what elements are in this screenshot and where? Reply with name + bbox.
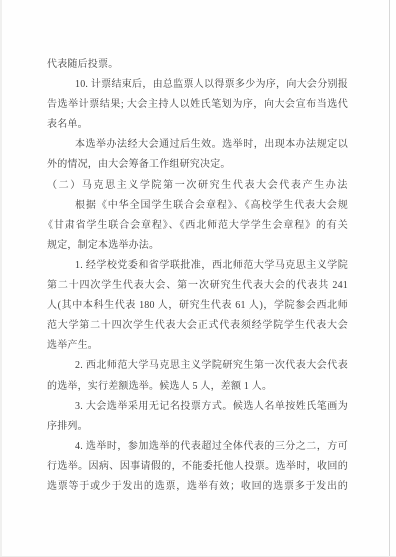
- text-line: 外的情况，由大会筹备工作组研究决定。: [47, 155, 348, 175]
- text-line: 4. 选举时，参加选举的代表超过全体代表的三分之二，方可进: [47, 437, 348, 457]
- text-line: 选票等于或少于发出的选票，选举有效；收回的选票多于发出的: [47, 477, 348, 497]
- text-line: 行选举。因病、因事请假的，不能委托他人投票。选举时，收回的: [47, 457, 348, 477]
- text-line: 《甘肃省学生联合会章程》、《西北师范大学学生会章程》的有关: [43, 216, 348, 236]
- text-line: 根据《中华全国学生联合会章程》、《高校学生代表大会规则》、: [47, 196, 348, 216]
- text-line: 10. 计票结束后，由总监票人以得票多少为序，向大会分别报: [47, 75, 348, 95]
- text-line: 规定，制定本选举办法。: [47, 236, 348, 256]
- text-line: 1. 经学校党委和省学联批准，西北师范大学马克思主义学院: [47, 256, 348, 276]
- text-line: 选举产生。: [47, 336, 348, 356]
- text-line: 2. 西北师范大学马克思主义学院研究生第一次代表大会代表: [47, 356, 348, 376]
- text-line: 3. 大会选举采用无记名投票方式。候选人名单按姓氏笔画为: [47, 397, 348, 417]
- text-line: 人(其中本科生代表 180 人，研究生代表 61 人)，学院参会西北师: [47, 296, 348, 316]
- text-line: 的选举，实行差额选举。候选人 5 人，差额 1 人。: [47, 377, 348, 397]
- text-line: 序排列。: [47, 417, 348, 437]
- text-line: 本选举办法经大会通过后生效。选举时，出现本办法规定以: [47, 135, 348, 155]
- text-line: 范大学第二十四次学生代表大会正式代表须经学院学生代表大会: [47, 316, 348, 336]
- text-line: 代表随后投票。: [47, 55, 348, 75]
- page-right-edge: [389, 0, 390, 557]
- page-left-edge: [0, 0, 2, 557]
- text-line: 表名单。: [47, 115, 348, 135]
- page-background: 代表随后投票。10. 计票结束后，由总监票人以得票多少为序，向大会分别报告选举计…: [0, 0, 396, 557]
- text-line: 告选举计票结果; 大会主持人以姓氏笔划为序，向大会宣布当选代: [47, 95, 348, 115]
- document-page: 代表随后投票。10. 计票结束后，由总监票人以得票多少为序，向大会分别报告选举计…: [0, 0, 396, 557]
- text-block: 代表随后投票。10. 计票结束后，由总监票人以得票多少为序，向大会分别报告选举计…: [47, 55, 348, 497]
- text-line: 第二十四次学生代表大会、第一次研究生代表大会的代表共 241: [47, 276, 348, 296]
- section-heading: （二）马克思主义学院第一次研究生代表大会代表产生办法: [47, 176, 348, 196]
